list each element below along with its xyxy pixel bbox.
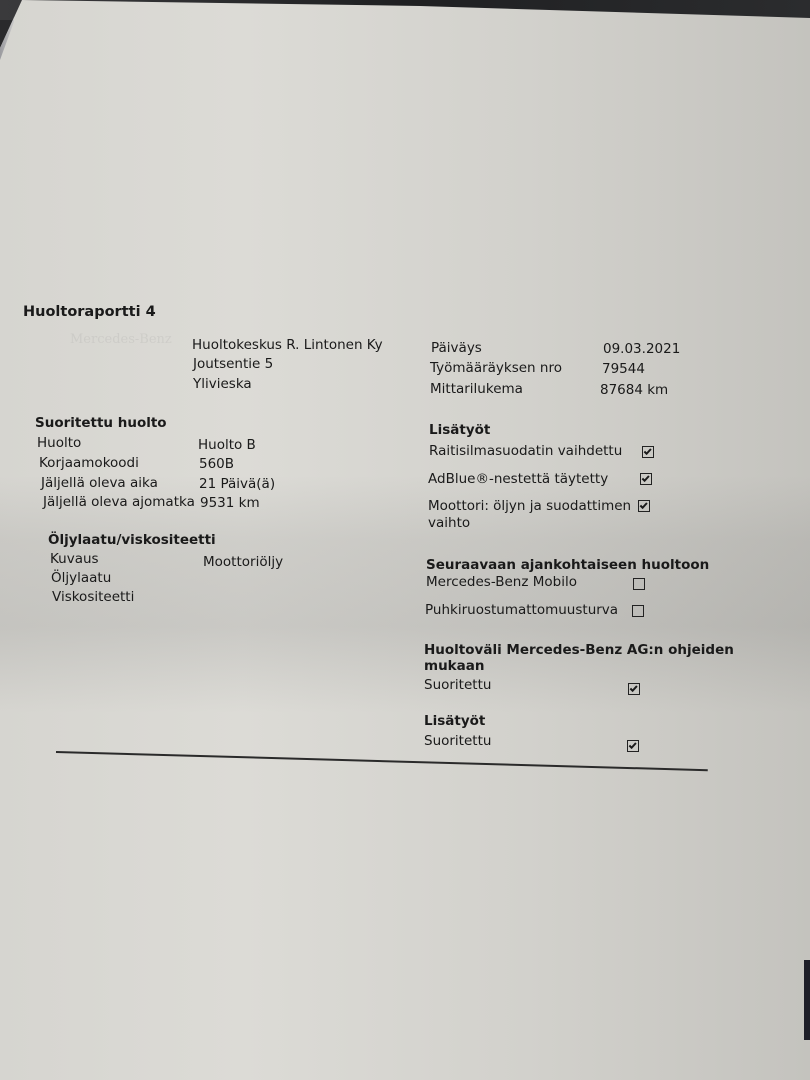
next-service-heading: Seuraavaan ajankohtaiseen huoltoon <box>426 557 709 573</box>
service-value: Huolto B <box>198 437 256 453</box>
oil-description-label: Kuvaus <box>50 551 99 567</box>
check-icon <box>629 684 638 693</box>
service-interval-heading-cont: mukaan <box>424 658 485 674</box>
service-interval-item-label: Suoritettu <box>424 677 491 693</box>
extra-work-item-label: AdBlue®-nestettä täytetty <box>428 471 608 487</box>
service-interval-heading: Huoltoväli Mercedes-Benz AG:n ohjeiden <box>424 642 734 658</box>
check-icon <box>639 501 648 510</box>
checkbox-unchecked <box>633 578 645 590</box>
extra-work-item-label: Moottori: öljyn ja suodattimen <box>428 498 631 514</box>
extra-work-heading: Lisätyöt <box>429 422 490 438</box>
report-title: Huoltoraportti 4 <box>23 304 156 320</box>
workshop-city: Ylivieska <box>193 376 252 392</box>
remaining-time-value: 21 Päivä(ä) <box>199 476 275 492</box>
check-icon <box>643 447 652 456</box>
check-icon <box>628 741 637 750</box>
extra-work-2-heading: Lisätyöt <box>424 713 485 729</box>
show-through-text: Mercedes-Benz <box>70 332 172 347</box>
check-icon <box>641 474 650 483</box>
remaining-time-label: Jäljellä oleva aika <box>41 475 158 491</box>
workshop-code-label: Korjaamokoodi <box>39 455 139 471</box>
next-service-item-label: Mercedes-Benz Mobilo <box>426 574 577 590</box>
remaining-distance-label: Jäljellä oleva ajomatka <box>43 494 195 510</box>
work-order-value: 79544 <box>602 361 645 377</box>
checkbox-unchecked <box>632 605 644 617</box>
workshop-street: Joutsentie 5 <box>193 356 273 372</box>
service-label: Huolto <box>37 435 81 451</box>
odometer-label: Mittarilukema <box>430 381 523 397</box>
oil-heading: Öljylaatu/viskositeetti <box>48 532 216 548</box>
extra-work-2-item-label: Suoritettu <box>424 733 491 749</box>
remaining-distance-value: 9531 km <box>200 495 260 511</box>
checkbox-checked <box>642 446 654 458</box>
checkbox-checked <box>628 683 640 695</box>
odometer-value: 87684 km <box>600 382 668 398</box>
oil-quality-label: Öljylaatu <box>51 570 111 586</box>
date-label: Päiväys <box>431 340 482 356</box>
oil-description-value: Moottoriöljy <box>203 554 283 570</box>
work-order-label: Työmääräyksen nro <box>430 360 562 376</box>
workshop-name: Huoltokeskus R. Lintonen Ky <box>192 337 383 353</box>
background-shadow <box>804 960 810 1040</box>
extra-work-item-label-cont: vaihto <box>428 515 470 531</box>
workshop-code-value: 560B <box>199 456 234 472</box>
viscosity-label: Viskositeetti <box>52 589 134 605</box>
date-value: 09.03.2021 <box>603 341 680 357</box>
paper-edge <box>0 0 14 200</box>
checkbox-checked <box>640 473 652 485</box>
extra-work-item-label: Raitisilmasuodatin vaihdettu <box>429 443 622 459</box>
checkbox-checked <box>638 500 650 512</box>
checkbox-checked <box>627 740 639 752</box>
next-service-item-label: Puhkiruostumattomuusturva <box>425 602 618 618</box>
service-done-heading: Suoritettu huolto <box>35 415 167 431</box>
